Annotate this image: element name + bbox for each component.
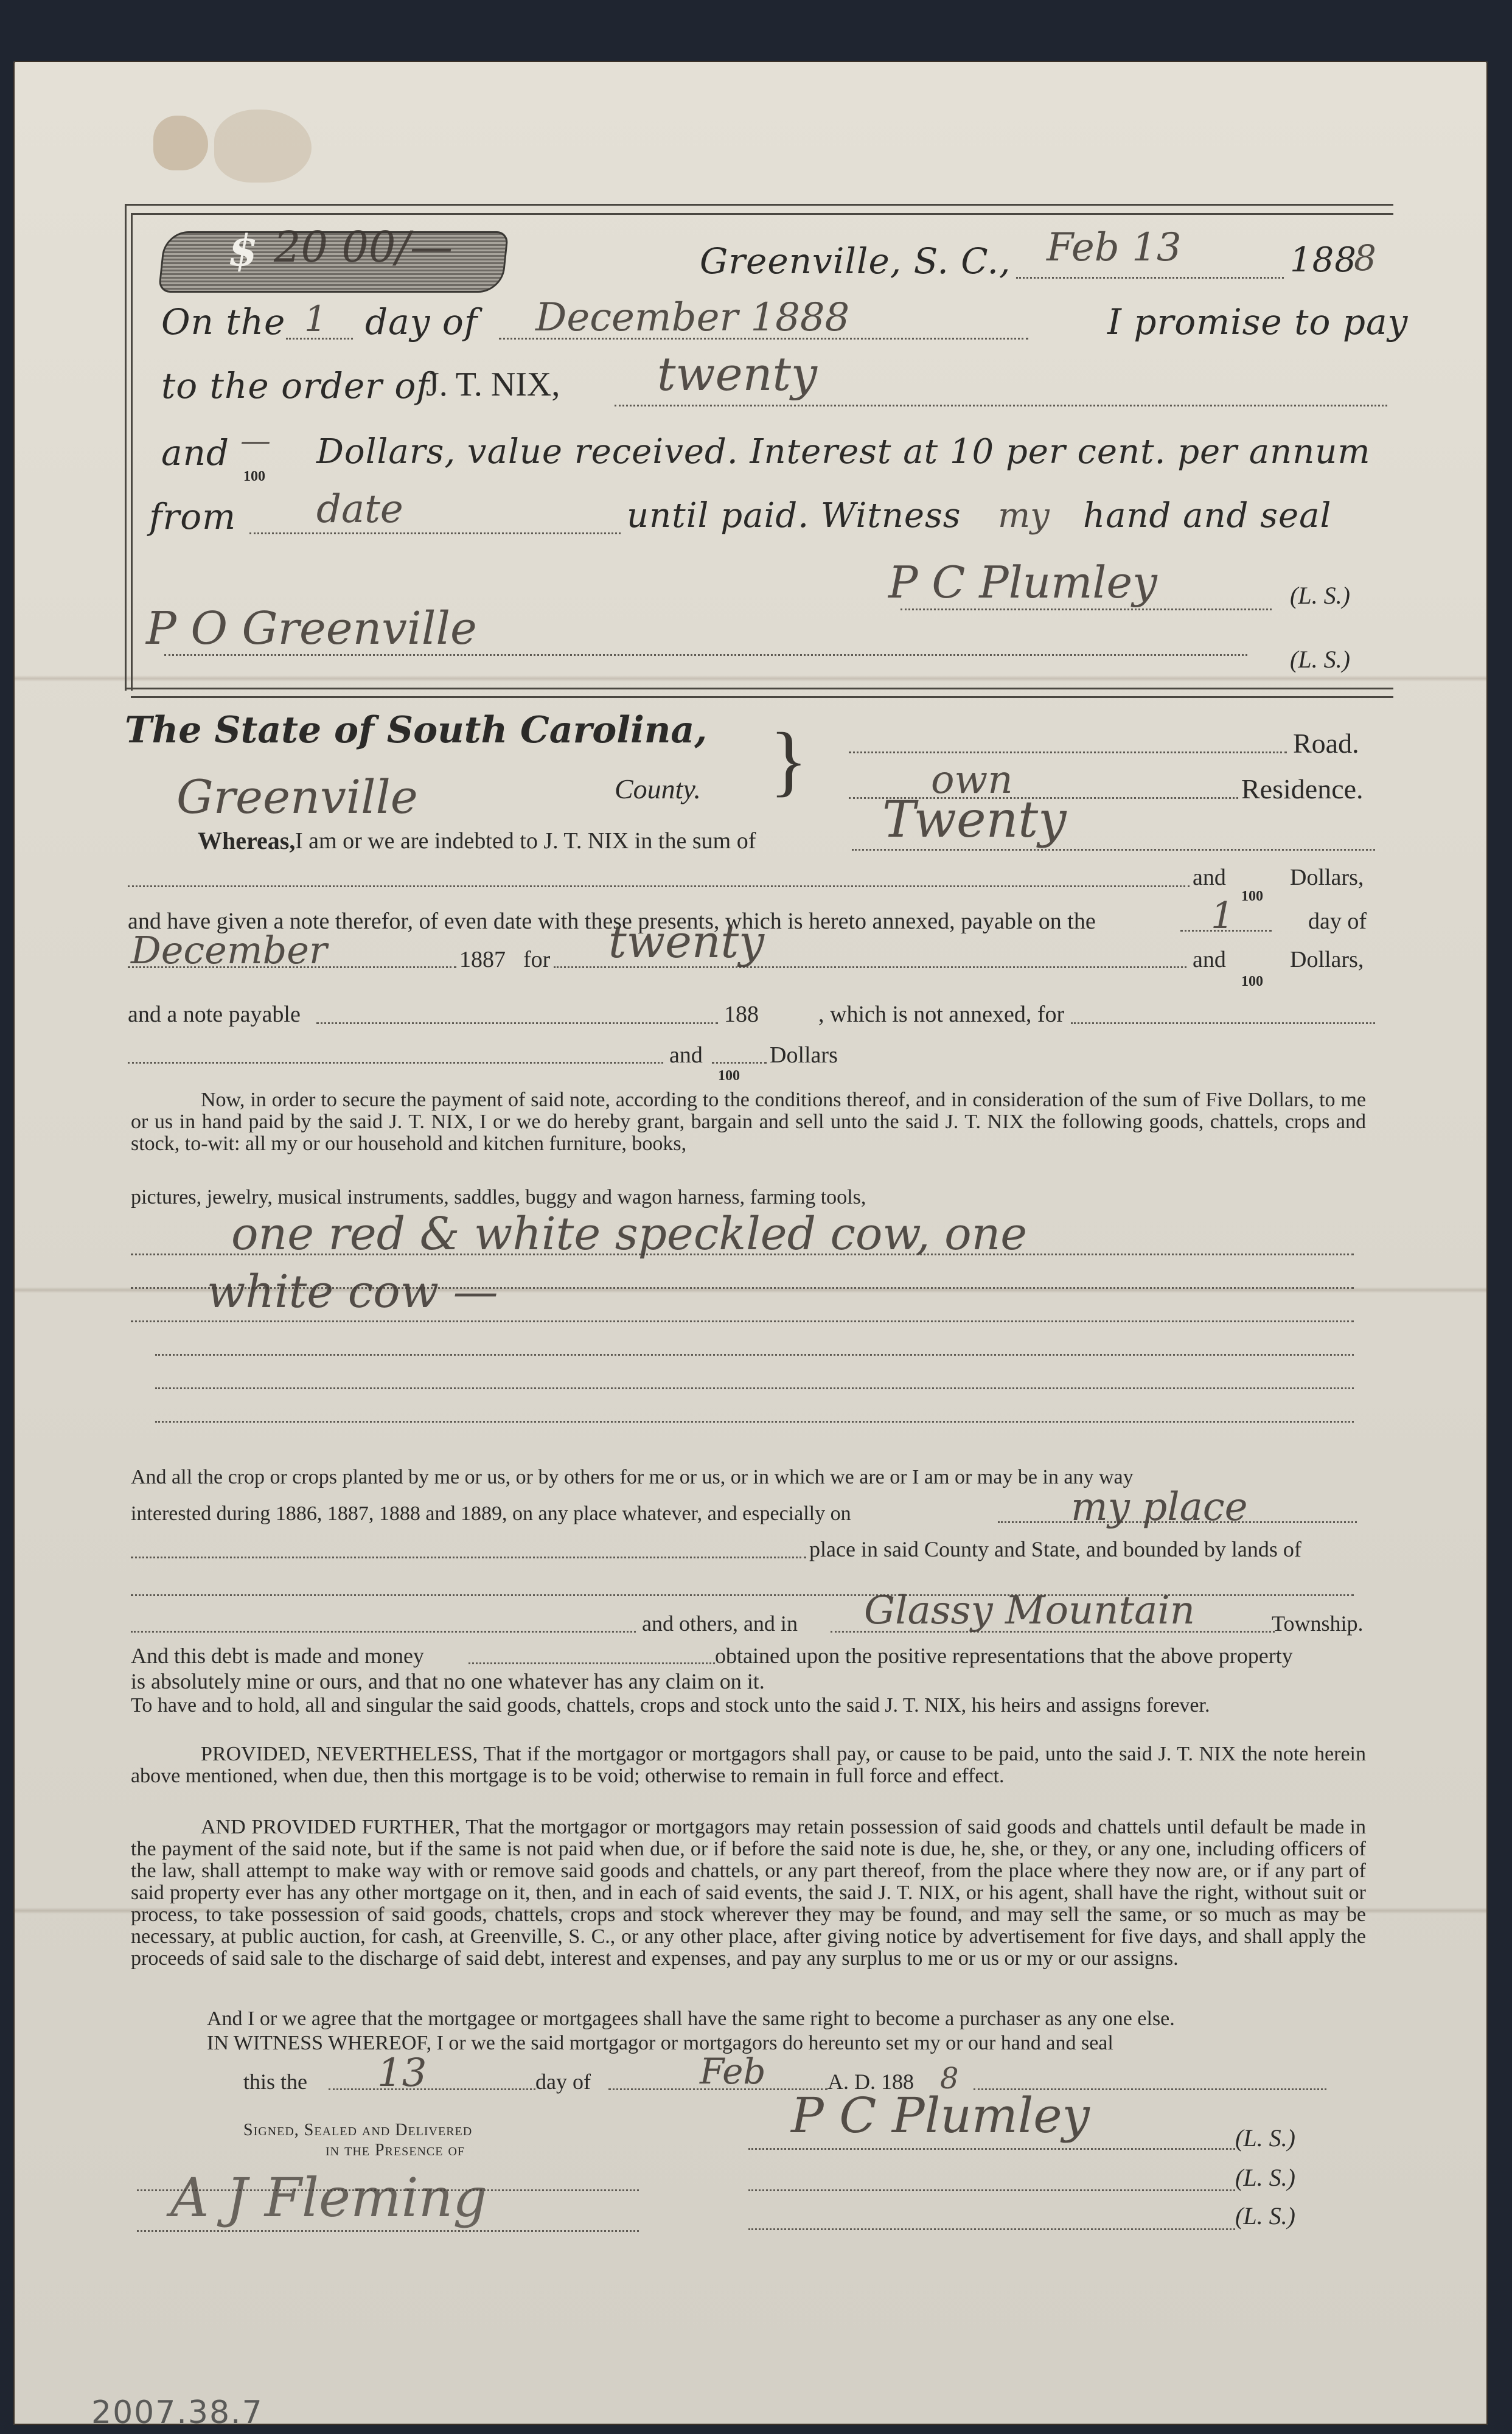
- township-label: Township.: [1272, 1611, 1364, 1636]
- for-amount: twenty: [608, 916, 764, 968]
- fold-crease: [13, 675, 1488, 682]
- seal-mortgagor-2: (L. S.): [1235, 2163, 1295, 2192]
- sum-words: Twenty: [882, 791, 1067, 849]
- note-hand-and-seal: hand and seal: [1083, 496, 1331, 535]
- note-from-date: date: [316, 487, 403, 532]
- note-promise: I promise to pay: [1107, 301, 1408, 343]
- note-seal-2: (L. S.): [1290, 645, 1350, 674]
- note-day-of: day of: [365, 301, 478, 343]
- seal-mortgagor-1: (L. S.): [1235, 2124, 1295, 2152]
- and-label-3: and: [669, 1042, 703, 1069]
- note-due-day: 1: [304, 298, 327, 340]
- note-signature: P C Plumley: [888, 557, 1157, 608]
- paragraph-witness: IN WITNESS WHEREOF, I or we the said mor…: [207, 2032, 1326, 2054]
- accession-number: 2007.38.7: [91, 2394, 263, 2431]
- whereas-label: Whereas,: [198, 826, 295, 855]
- note-payable-label: and a note payable: [128, 1001, 301, 1028]
- debt-obtained-text: obtained upon the positive representatio…: [715, 1643, 1293, 1669]
- note-fraction: 100: [243, 469, 265, 485]
- amount-handwritten: 20 00/—: [274, 222, 453, 272]
- debt-absolutely-text: is absolutely mine or ours, and that no …: [131, 1669, 765, 1694]
- note-payee: J. T. NIX,: [426, 365, 560, 404]
- paragraph-provided: PROVIDED, NEVERTHELESS, That if the mort…: [131, 1743, 1366, 1787]
- note-until-paid: until paid. Witness: [627, 496, 961, 535]
- note-due-month: December 1888: [535, 295, 849, 340]
- fraction-3: 100: [718, 1068, 740, 1084]
- note-cents: —: [240, 423, 271, 458]
- note-on-the: On the: [161, 301, 285, 343]
- seal-mortgagor-3: (L. S.): [1235, 2202, 1295, 2230]
- note-year: 188: [1290, 240, 1357, 280]
- paragraph-secure-payment: Now, in order to secure the payment of s…: [131, 1089, 1366, 1155]
- in-presence-label: in the Presence of: [326, 2141, 465, 2160]
- this-the-label: this the: [243, 2069, 307, 2094]
- not-annexed-text: , which is not annexed, for: [818, 1001, 1064, 1028]
- especially-on-place: my place: [1071, 1485, 1248, 1530]
- further-caps: AND PROVIDED FURTHER,: [201, 1816, 460, 1838]
- witness-text: I or we the said mortgagor or mortgagors…: [437, 2032, 1113, 2054]
- dollars-label-3: Dollars: [770, 1042, 838, 1069]
- note-order-of: to the order of: [161, 365, 430, 406]
- paragraph-provided-further: AND PROVIDED FURTHER, That the mortgagor…: [131, 1816, 1366, 1970]
- year-label: 1887: [459, 946, 506, 973]
- dollars-label-2: Dollars,: [1290, 946, 1364, 973]
- further-text: That the mortgagor or mortgagors may ret…: [131, 1816, 1366, 1970]
- bracket: }: [770, 715, 807, 806]
- chattels-line-1: one red & white speckled cow, one: [231, 1208, 1027, 1260]
- county-label: County.: [615, 773, 701, 805]
- note-payable-year: 188: [724, 1001, 759, 1028]
- township-name: Glassy Mountain: [864, 1588, 1195, 1633]
- note-due-month-2: December: [131, 928, 327, 972]
- paragraph-to-have: To have and to hold, all and singular th…: [131, 1695, 1366, 1717]
- witness-signature: A J Fleming: [170, 2166, 487, 2229]
- whereas-text: I am or we are indebted to J. T. NIX in …: [295, 828, 756, 854]
- execution-day: 13: [377, 2051, 427, 2096]
- fraction-1: 100: [1241, 888, 1263, 905]
- state-heading: The State of South Carolina,: [125, 709, 707, 751]
- note-seal-1: (L. S.): [1290, 581, 1350, 610]
- execution-month: Feb: [700, 2051, 766, 2092]
- debt-made-text: And this debt is made and money: [131, 1643, 424, 1669]
- note-post-office: P O Greenville: [146, 602, 477, 655]
- for-label: for: [523, 946, 550, 973]
- residence-label: Residence.: [1241, 773, 1364, 805]
- note-place: Greenville, S. C.,: [700, 240, 1011, 282]
- county-name: Greenville: [176, 770, 418, 824]
- and-label-1: and: [1193, 864, 1226, 891]
- note-year-digit: 8: [1354, 237, 1376, 279]
- mortgagor-signature: P C Plumley: [791, 2087, 1090, 2144]
- paper-stain: [153, 116, 208, 170]
- bounded-by-text: place in said County and State, and boun…: [809, 1536, 1301, 1562]
- note-date: Feb 13: [1047, 225, 1182, 270]
- chattels-line-2: white cow —: [207, 1266, 498, 1318]
- note-value-received: Dollars, value received. Interest at 10 …: [316, 432, 1370, 472]
- dollar-sign: $: [228, 225, 259, 276]
- paper-stain: [214, 110, 312, 183]
- paragraph-agree: And I or we agree that the mortgagee or …: [207, 2008, 1326, 2030]
- note-and: and: [161, 432, 229, 473]
- dollars-label-1: Dollars,: [1290, 864, 1364, 891]
- and-label-2: and: [1193, 946, 1226, 973]
- signed-sealed-label: Signed, Sealed and Delivered: [243, 2121, 472, 2140]
- paragraph-pictures: pictures, jewelry, musical instruments, …: [131, 1187, 1366, 1208]
- fraction-2: 100: [1241, 974, 1263, 990]
- note-amount-words: twenty: [657, 347, 817, 401]
- others-and-in: and others, and in: [642, 1611, 798, 1636]
- note-witness-my: my: [998, 496, 1050, 535]
- note-due-day-2: 1: [1211, 894, 1234, 937]
- road-label: Road.: [1293, 727, 1359, 759]
- paragraph-interested: interested during 1886, 1887, 1888 and 1…: [131, 1503, 995, 1525]
- note-from: from: [149, 496, 236, 537]
- day-of-label-2: day of: [535, 2069, 591, 2094]
- day-of-label: day of: [1308, 908, 1367, 935]
- provided-caps: PROVIDED, NEVERTHELESS,: [201, 1743, 478, 1765]
